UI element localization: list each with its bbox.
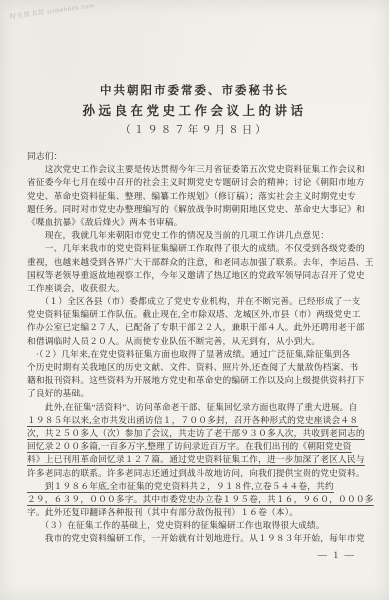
text-line: １９８５年以来,全市共发出函访信１，７００多封，召开各种形式的党史座谈会４８ (27, 414, 367, 427)
text-line: ２９，６３９，０００多字。其中市委党史办立卷１９５卷，共１６，９６０，０００多 (27, 493, 367, 506)
text-line: （３）在征集工作的基础上，党史资料的征集编研工作也取得很大成绩。 (27, 519, 367, 532)
scanned-page: { "watermark": "时光图书馆 stimebook.com", "d… (0, 0, 389, 600)
text-line: （１）全区各县（市）委都成立了党史专业机构，并在不断完善。已经形成了一支 (27, 295, 367, 308)
document-lines: 同志们： 这次党史工作会议主要是传达贯彻今年三月省征委第五次党史资料征集工作会议… (27, 150, 367, 546)
text-line: 此外,在征集“活资料”、访问革命老干部、征集回忆录方面也取得了重大进展。自 (27, 401, 367, 414)
text-line: 作办公室已定编２７人，已配备了专职干部２２人，兼职干部４人。此外还聘用老干部 (27, 321, 367, 334)
text-line: 许多老同志的联系。许多老同志还通过到战斗故地访问，向我们提供宝贵的党史资料。 (27, 467, 367, 480)
text-line: 重视，也越来越受到各界广大干部群众的注意，和老同志加强了联系。去年，李运昌、王 (27, 256, 367, 269)
text-line: 到１９８６年底,全市征集的党史资料共２，９１８件,立卷５４４卷，共约 (27, 480, 367, 493)
watermark: 时光图书馆 stimebook.com (9, 0, 95, 21)
text-line: 工作座谈会，收获很大。 (27, 282, 367, 295)
text-line: 籍和报刊资料。这些资料为开展地方党史和革命史的编研工作以及向上级提供资料打下 (27, 374, 367, 387)
text-line: 党史、革命史资料征集、整理、编纂工作规划》（修订稿）；落实社会主义时期党史专 (27, 190, 367, 203)
text-line: 题任务。同时对市党史办整理编写的《解放战争时期朝阳地区党史、革命史大事记》和 (27, 203, 367, 216)
text-line: 了良好的基础。 (27, 387, 367, 400)
text-line: 次，共２５０多人（次）参加了会议，共走访了老干部９３０多人次，共收到老同志的 (27, 427, 367, 440)
text-line: 字。此外还复印翻译各种报刊（其中有部分敌伪报刊）１６卷（本）。 (27, 506, 367, 519)
text-line: 党史资料征集编研工作队伍。截止现在,全市除双塔、龙城区外,市县（市）两级党史工 (27, 308, 367, 321)
text-line: 现在，我就几年来朝阳市党史工作的情况及当前的几项工作讲几点意见： (27, 229, 367, 242)
text-line: 个历史时期有关我地区的历史文献、文件、资料、照片外,还查阅了大量敌伪档案、书 (27, 361, 367, 374)
page-number: — 1 — (318, 551, 357, 561)
text-line: 料》上已刊用革命回忆录１２７篇。通过党史资料征集工作，进一步加深了老区人民与 (27, 453, 367, 466)
text-line: 一、几年来我市的党史资料征集编研工作取得了很大的成绩。不仅受到各级党委的 (27, 242, 367, 255)
text-line: 同志们： (27, 150, 367, 163)
text-line: 《喋血抗暴》《敌后烽火》两本书审稿。 (27, 216, 367, 229)
text-line: ·（２）几年来,在党史资料征集方面也取得了显著成绩。通过广泛征集,除征集到各 (27, 348, 367, 361)
document-title-line1: 中共朝阳市委常委、市委秘书长 (0, 82, 389, 98)
text-line: 省征委今年七月在绥中召开的社会主义时期党史专题研讨会的精神；讨论《朝阳市地方 (27, 176, 367, 189)
text-line: 我市的党史资料编研工作，一开始就有计划地进行。从１９８３年开始，每年市党 (27, 532, 367, 545)
text-line: 回忆录２００多篇,一百多万字,整理了访问录近百万字。在我们出刊的《朝阳党史资 (27, 440, 367, 453)
text-line: 这次党史工作会议主要是传达贯彻今年三月省征委第五次党史资料征集工作会议和 (27, 163, 367, 176)
document-title-line2: 孙远良在党史工作会议上的讲话 (0, 101, 389, 119)
text-line: 和借调临时人员２０人。从而使专业队伍不断完善，从无到有，从小到大。 (27, 335, 367, 348)
text-line: 国权等老领导重返故地视察工作，今年又邀请了热辽地区的党政军领导同志召开了党史 (27, 269, 367, 282)
speech-date: （１９８７年９月８日） (0, 122, 389, 137)
